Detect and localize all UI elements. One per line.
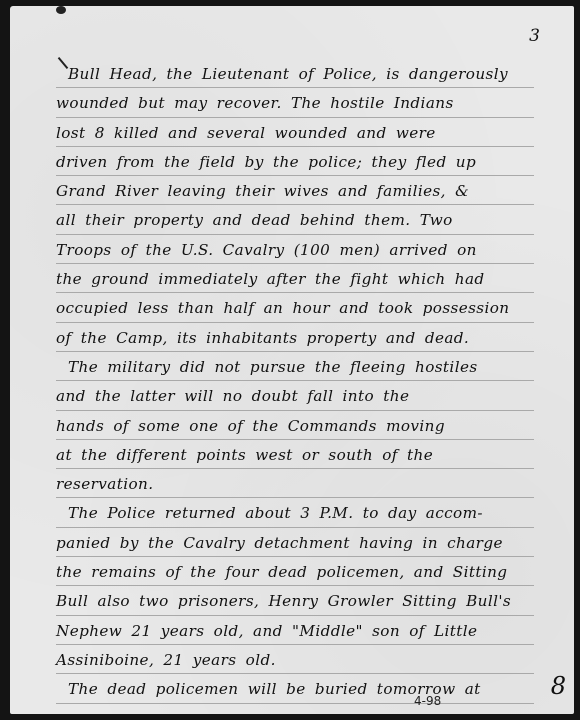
handwritten-letter-page: 3 Bull Head, the Lieutenant of Police, i… bbox=[10, 6, 574, 714]
text-line: reservation. bbox=[56, 469, 534, 498]
text-line: of the Camp, its inhabitants property an… bbox=[56, 323, 534, 352]
text-line: the remains of the four dead policemen, … bbox=[56, 557, 534, 586]
margin-number: 8 bbox=[551, 672, 566, 700]
text-line: panied by the Cavalry detachment having … bbox=[56, 528, 534, 557]
text-line: Nephew 21 years old, and "Middle" son of… bbox=[56, 616, 534, 645]
text-line: The dead policemen will be buried tomorr… bbox=[56, 674, 534, 703]
text-line: at the different points west or south of… bbox=[56, 440, 534, 469]
text-line: all their property and dead behind them.… bbox=[56, 205, 534, 234]
text-line: and the latter will no doubt fall into t… bbox=[56, 381, 534, 410]
text-line: the ground immediately after the fight w… bbox=[56, 264, 534, 293]
pin-hole-mark bbox=[56, 6, 66, 14]
text-line: Troops of the U.S. Cavalry (100 men) arr… bbox=[56, 235, 534, 264]
text-line: wounded but may recover. The hostile Ind… bbox=[56, 88, 534, 117]
ruled-text-body: Bull Head, the Lieutenant of Police, is … bbox=[56, 59, 534, 704]
text-line: Bull also two prisoners, Henry Growler S… bbox=[56, 586, 534, 615]
text-line: Grand River leaving their wives and fami… bbox=[56, 176, 534, 205]
page-number: 3 bbox=[529, 26, 540, 46]
text-line: The Police returned about 3 P.M. to day … bbox=[56, 498, 534, 527]
text-line: lost 8 killed and several wounded and we… bbox=[56, 118, 534, 147]
text-line: Bull Head, the Lieutenant of Police, is … bbox=[56, 59, 534, 88]
text-line: occupied less than half an hour and took… bbox=[56, 293, 534, 322]
text-line: driven from the field by the police; the… bbox=[56, 147, 534, 176]
archive-number: 4-98 bbox=[414, 694, 441, 708]
text-line: Assiniboine, 21 years old. bbox=[56, 645, 534, 674]
text-line: hands of some one of the Commands moving bbox=[56, 411, 534, 440]
text-line: The military did not pursue the fleeing … bbox=[56, 352, 534, 381]
